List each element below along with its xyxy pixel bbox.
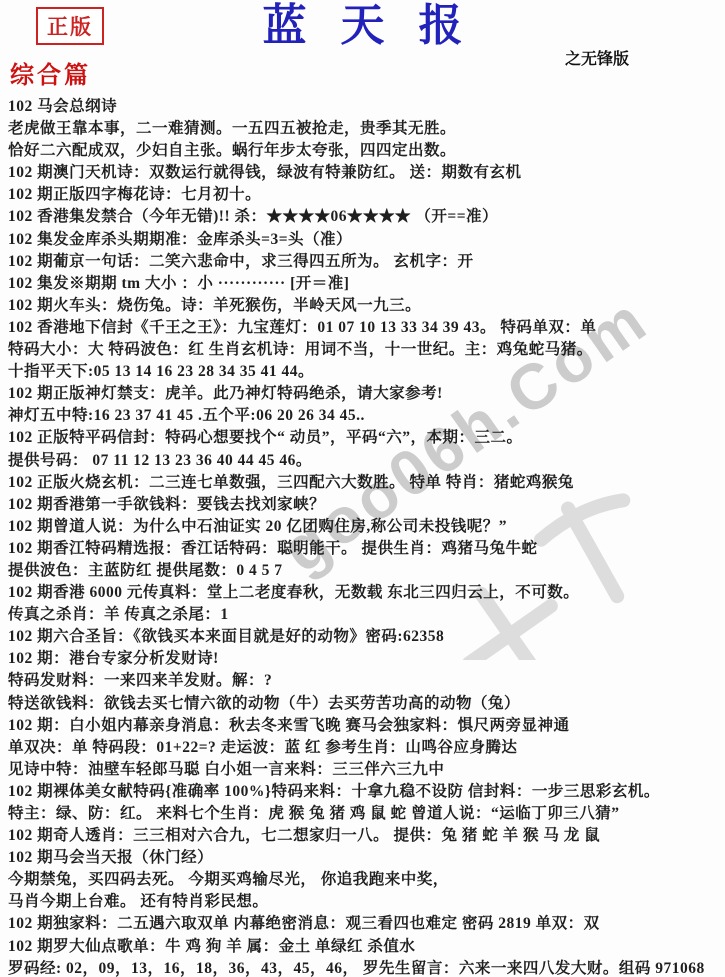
text-line-20: 102 期曾道人说：为什么中石油证实 20 亿团购住房,称公司未投钱呢？” [8, 516, 723, 538]
text-line-11: 102 香港地下信封《千王之王》：九宝莲灯：01 07 10 13 33 34 … [8, 317, 723, 339]
text-line-17: 提供号码： 07 11 12 13 23 36 40 44 45 46。 [8, 450, 723, 472]
text-line-36: 今期禁兔，买四码去死。 今期买鸡输尽光， 你追我跑来中奖， [8, 869, 723, 891]
text-line-15: 神灯五中特:16 23 37 41 45 .五个平:06 20 26 34 45… [8, 405, 723, 427]
text-line-16: 102 正版特平码信封：特码心想要找个“ 动员”，平码“六”，本期：三二。 [8, 427, 723, 449]
text-line-12: 特码大小：大 特码波色：红 生肖玄机诗：用词不当，十一世纪。主：鸡兔蛇马猪。 [8, 339, 723, 361]
text-line-32: 102 期裸体美女献特码{准确率 100%}特码来料：十拿九稳不设防 信封料：一… [8, 781, 723, 803]
text-line-40: 罗码经: 02，09，13，16，18，36，43，45，46， 罗先生留言：六… [8, 958, 723, 977]
page-title: 蓝天报 [0, 0, 725, 52]
text-line-8: 102 期葡京一句话：二笑六悲命中，求三得四五所为。 玄机字：开 [8, 251, 723, 273]
section-heading: 综合篇 [10, 55, 91, 90]
text-line-29: 102 期：白小姐内幕亲身消息：秋去冬来雪飞晚 赛马会独家料：惧尺两旁显神通 [8, 715, 723, 737]
text-line-2: 老虎做王靠本事，二一难猜测。一五四五被抢走，贵季其无胜。 [8, 118, 723, 140]
edition-label: 之无锋版 [565, 46, 629, 69]
text-line-39: 102 期罗大仙点歌单：牛 鸡 狗 羊 属：金土 单绿红 杀值水 [8, 936, 723, 958]
text-line-38: 102 期独家料：二五遇六取双单 内幕绝密消息：观三看四也难定 密码 2819 … [8, 913, 723, 935]
text-line-21: 102 期香江特码精选报：香江话特码：聪明能干。 提供生肖：鸡猪马兔牛蛇 [8, 538, 723, 560]
text-line-24: 传真之杀肖：羊 传真之杀尾：1 [8, 604, 723, 626]
text-line-6: 102 香港集发禁合（今年无错)!! 杀：★★★★06★★★★ （开==准） [8, 206, 723, 228]
text-line-25: 102 期六合圣旨：《欲钱买本来面目就是好的动物》密码:62358 [8, 626, 723, 648]
text-line-30: 单双决：单 特码段：01+22=? 走运波：蓝 红 参考生肖：山鸣谷应身腾达 [8, 737, 723, 759]
text-line-31: 见诗中特：油壁车轻郎马聪 白小姐一言来料：三三伴六三九中 [8, 759, 723, 781]
content-lines: 102 马会总纲诗老虎做王靠本事，二一难猜测。一五四五被抢走，贵季其无胜。恰好二… [8, 96, 723, 977]
text-line-1: 102 马会总纲诗 [8, 96, 723, 118]
text-line-35: 102 期马会当天报（休门经） [8, 847, 723, 869]
text-line-13: 十指平天下:05 13 14 16 23 28 34 35 41 44。 [8, 361, 723, 383]
text-line-10: 102 期火车头：烧伤兔。诗：羊死猴伤，半岭天风一九三。 [8, 295, 723, 317]
text-line-37: 马肖今期上台难。 还有特肖彩民想。 [8, 891, 723, 913]
text-line-27: 特码发财料：一来四来羊发财。解：? [8, 670, 723, 692]
text-line-3: 恰好二六配成双，少妇自主张。蜗行年步太夸张，四四定出数。 [8, 140, 723, 162]
text-line-5: 102 期正版四字梅花诗：七月初十。 [8, 184, 723, 206]
text-line-23: 102 期香港 6000 元传真料：堂上二老度春秋，无数载 东北三四归云上，不可… [8, 582, 723, 604]
text-line-33: 特主：绿、防：红。 来料七个生肖：虎 猴 兔 猪 鸡 鼠 蛇 曾道人说：“运临丁… [8, 803, 723, 825]
text-line-9: 102 集发※期期 tm 大小 ：小 ············ [开＝准] [8, 273, 723, 295]
text-line-22: 提供波色：主蓝防红 提供尾数：0 4 5 7 [8, 560, 723, 582]
text-line-7: 102 集发金库杀头期期准：金库杀头=3=头（准） [8, 229, 723, 251]
newspaper-page: 正版 蓝天报 之无锋版 综合篇 goo06h.Com 102 马会总纲诗老虎做王… [0, 0, 725, 977]
text-line-14: 102 期正版神灯禁支：虎羊。此乃神灯特码绝杀，请大家参考! [8, 383, 723, 405]
text-line-26: 102 期：港台专家分析发财诗! [8, 648, 723, 670]
text-line-18: 102 正版火烧玄机：二三连七单数强，三四配六大数胜。 特单 特肖：猪蛇鸡猴兔 [8, 472, 723, 494]
text-line-28: 特送欲钱料：欲钱去买七情六欲的动物（牛）去买劳苦功高的动物（兔） [8, 693, 723, 715]
text-line-4: 102 期澳门天机诗：双数运行就得钱，绿波有特兼防红。 送：期数有玄机 [8, 162, 723, 184]
text-line-34: 102 期奇人透肖：三三相对六合九，七二想家归一八。 提供：兔 猪 蛇 羊 猴 … [8, 825, 723, 847]
text-line-19: 102 期香港第一手欲钱料：要钱去找刘家峡？ [8, 494, 723, 516]
